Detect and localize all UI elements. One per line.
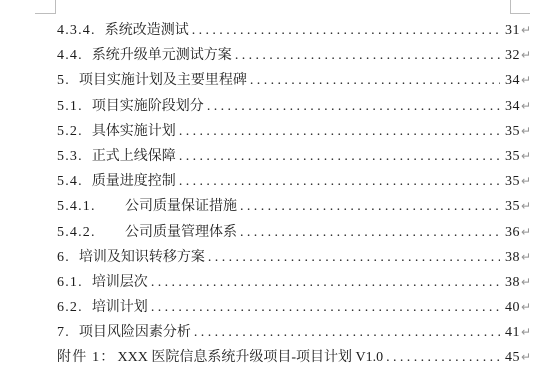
toc-entry-number: 4.4. <box>57 43 83 68</box>
dot-leader: ........................................… <box>250 68 500 93</box>
page-number: 35 <box>505 119 520 144</box>
page-number: 40 <box>505 295 520 320</box>
paragraph-mark-icon: ↵ <box>521 18 531 43</box>
page-number: 38 <box>505 270 520 295</box>
toc-list: 4.3.4. 系统改造测试 ..........................… <box>57 18 531 371</box>
paragraph-mark-icon: ↵ <box>521 68 531 93</box>
dot-leader: ........................................… <box>207 94 500 119</box>
toc-entry[interactable]: 6.2. 培训计划 ..............................… <box>57 295 531 320</box>
toc-entry-title: 系统升级单元测试方案 <box>92 43 232 68</box>
toc-entry[interactable]: 5.2. 具体实施计划 ............................… <box>57 119 531 144</box>
toc-entry[interactable]: 5.3. 正式上线保障 ............................… <box>57 144 531 169</box>
toc-entry[interactable]: 6.1. 培训层次 ..............................… <box>57 270 531 295</box>
paragraph-mark-icon: ↵ <box>521 320 531 345</box>
page-number: 41 <box>505 320 520 345</box>
text-boundary-corner-mark-right <box>510 0 530 14</box>
toc-entry-number: 5.1. <box>57 94 83 119</box>
paragraph-mark-icon: ↵ <box>521 119 531 144</box>
paragraph-mark-icon: ↵ <box>521 270 531 295</box>
paragraph-mark-icon: ↵ <box>521 43 531 68</box>
dot-leader: ........................................… <box>235 43 500 68</box>
page-number: 32 <box>505 43 520 68</box>
toc-entry-number: 4.3.4. <box>57 18 96 43</box>
toc-entry-number: 5.3. <box>57 144 83 169</box>
toc-entry-title: 培训层次 <box>92 270 148 295</box>
toc-entry-title: 项目风险因素分析 <box>79 320 191 345</box>
toc-entry-number: 7. <box>57 320 70 345</box>
dot-leader: ........................................… <box>179 144 500 169</box>
dot-leader: ........................................… <box>194 320 500 345</box>
toc-entry-title: 质量进度控制 <box>92 169 176 194</box>
toc-entry-number: 6.1. <box>57 270 83 295</box>
toc-entry[interactable]: 7. 项目风险因素分析 ............................… <box>57 320 531 345</box>
page-number: 35 <box>505 144 520 169</box>
toc-entry-number: 6. <box>57 245 70 270</box>
toc-entry-number: 5.4.2. <box>57 220 125 245</box>
toc-entry-number: 5.4. <box>57 169 83 194</box>
toc-entry-title: XXX 医院信息系统升级项目-项目计划 V1.0 <box>118 345 384 370</box>
toc-entry-title: 具体实施计划 <box>92 119 176 144</box>
toc-entry[interactable]: 6. 培训及知识转移方案 ...........................… <box>57 245 531 270</box>
toc-entry-title: 培训计划 <box>92 295 148 320</box>
toc-entry[interactable]: 5.4. 质量进度控制 ............................… <box>57 169 531 194</box>
dot-leader: ........................................… <box>179 119 500 144</box>
dot-leader: ........................................… <box>240 194 500 219</box>
toc-entry-number: 5.2. <box>57 119 83 144</box>
dot-leader: ........................................… <box>208 245 500 270</box>
paragraph-mark-icon: ↵ <box>521 345 531 370</box>
page-number: 38 <box>505 245 520 270</box>
toc-entry-number: 5.4.1. <box>57 194 125 219</box>
toc-entry-title: 项目实施阶段划分 <box>92 94 204 119</box>
document-page: 4.3.4. 系统改造测试 ..........................… <box>0 0 554 376</box>
dot-leader: ........................................… <box>240 220 500 245</box>
paragraph-mark-icon: ↵ <box>521 220 531 245</box>
page-number: 31 <box>505 18 520 43</box>
paragraph-mark-icon: ↵ <box>521 169 531 194</box>
paragraph-mark-icon: ↵ <box>521 94 531 119</box>
page-number: 34 <box>505 94 520 119</box>
page-number: 45 <box>505 345 520 370</box>
page-number: 36 <box>505 220 520 245</box>
toc-entry-title: 项目实施计划及主要里程碑 <box>79 68 247 93</box>
toc-entry-title: 正式上线保障 <box>92 144 176 169</box>
paragraph-mark-icon: ↵ <box>521 295 531 320</box>
toc-entry[interactable]: 5. 项目实施计划及主要里程碑 ........................… <box>57 68 531 93</box>
toc-entry-title: 系统改造测试 <box>105 18 189 43</box>
page-number: 34 <box>505 68 520 93</box>
paragraph-mark-icon: ↵ <box>521 194 531 219</box>
paragraph-mark-icon: ↵ <box>521 144 531 169</box>
toc-entry-number: 6.2. <box>57 295 83 320</box>
toc-entry[interactable]: 5.1. 项目实施阶段划分 ..........................… <box>57 94 531 119</box>
toc-entry[interactable]: 5.4.1. 公司质量保证措施 ........................… <box>57 194 531 219</box>
page-number: 35 <box>505 169 520 194</box>
toc-entry-number: 附件 1： <box>57 345 116 370</box>
dot-leader: ........................................… <box>192 18 500 43</box>
toc-entry-number: 5. <box>57 68 70 93</box>
toc-entry-title: 培训及知识转移方案 <box>79 245 205 270</box>
page-number: 35 <box>505 194 520 219</box>
toc-entry[interactable]: 5.4.2. 公司质量管理体系 ........................… <box>57 220 531 245</box>
toc-entry[interactable]: 4.3.4. 系统改造测试 ..........................… <box>57 18 531 43</box>
paragraph-mark-icon: ↵ <box>521 245 531 270</box>
toc-entry[interactable]: 附件 1： XXX 医院信息系统升级项目-项目计划 V1.0 .........… <box>57 345 531 370</box>
dot-leader: ........................................… <box>386 345 500 370</box>
toc-entry[interactable]: 4.4. 系统升级单元测试方案 ........................… <box>57 43 531 68</box>
dot-leader: ........................................… <box>179 169 500 194</box>
dot-leader: ........................................… <box>151 270 500 295</box>
toc-entry-title: 公司质量管理体系 <box>125 220 237 245</box>
dot-leader: ........................................… <box>151 295 500 320</box>
text-boundary-corner-mark-left <box>35 0 56 14</box>
toc-entry-title: 公司质量保证措施 <box>125 194 237 219</box>
